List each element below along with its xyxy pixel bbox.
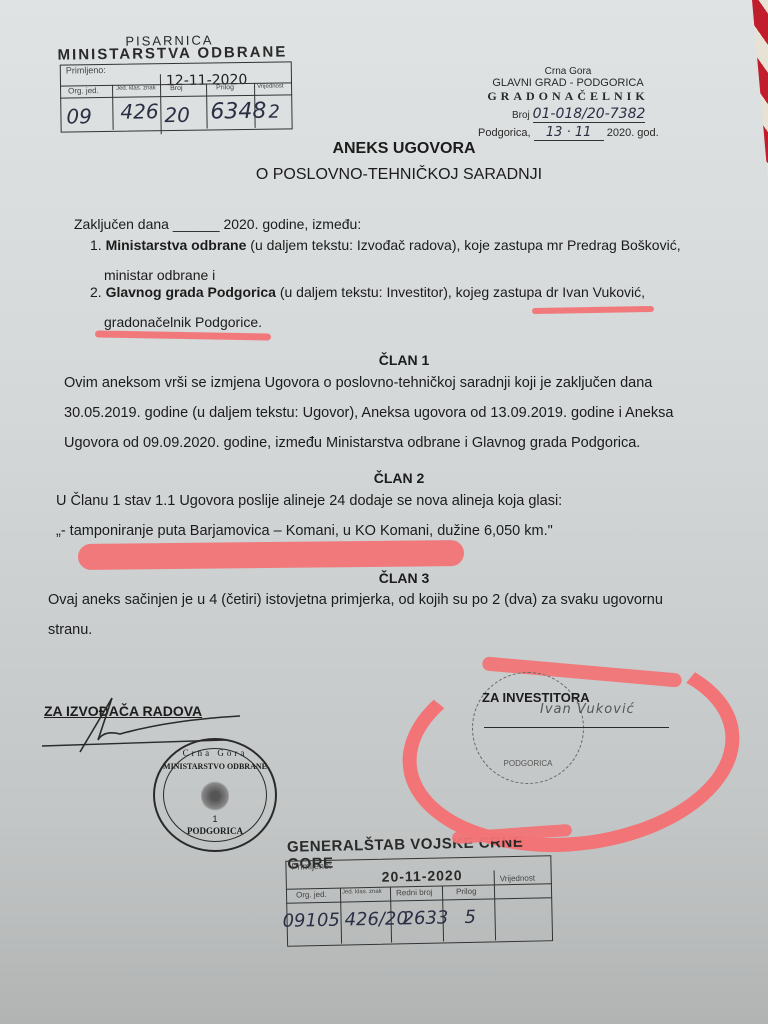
stamp-bottom-received-label: Primljeno: — [291, 861, 331, 872]
city-date: Podgorica, 13 · 11 2020. god. — [478, 125, 659, 141]
article-3-text: Ovaj aneks sačinjen je u 4 (četiri) isto… — [48, 585, 708, 645]
article-2-heading: ČLAN 2 — [0, 470, 768, 486]
stamp-bottom-value-org: 09105 — [282, 910, 340, 932]
registry-stamp-bottom: GENERALŠTAB VOJSKE CRNE GORE Primljeno: … — [281, 833, 555, 949]
city-header: Crna Gora GLAVNI GRAD - PODGORICA GRADON… — [468, 66, 668, 103]
article-1-heading: ČLAN 1 — [0, 352, 768, 368]
coat-of-arms-icon — [201, 780, 229, 812]
stamp-col-broj: Broj — [170, 85, 183, 92]
stamp-received-label: Primljeno: — [66, 65, 106, 76]
stamp-value-org: 09 — [66, 104, 92, 128]
letter-date: 13 · 11 — [534, 125, 604, 141]
city-header-office: GRADONAČELNIK — [468, 89, 668, 103]
investor-signature: Ivan Vuković — [540, 702, 635, 717]
article-1-text: Ovim aneksom vrši se izmjena Ugovora o p… — [64, 368, 704, 458]
stamp-value-vrijednost: 2 — [268, 102, 280, 123]
stamp-bottom-value-redni: 2633 — [402, 907, 448, 929]
stamp-col-prilog: Prilog — [216, 84, 234, 91]
stamp-col-vrijednost: Vrijednost — [257, 83, 284, 89]
document-title: ANEKS UGOVORA — [0, 140, 768, 158]
stamp-value-klas: 426 — [120, 99, 159, 124]
reference-number: 01-018/20-7382 — [533, 106, 646, 123]
stamp-col-klas: Jed. klas. znak — [116, 85, 156, 92]
stamp-value-prilog: 6348 — [210, 99, 266, 125]
stamp-bottom-value-prilog: 5 — [464, 907, 476, 928]
ministry-seal: Crna Gora MINISTARSTVO ODBRANE 1 PODGORI… — [153, 738, 277, 852]
highlight-mark-komani — [78, 540, 464, 570]
stamp-bottom-value-klas: 426/20 — [344, 908, 408, 930]
stamp-col-org: Org. jed. — [68, 86, 99, 95]
stamp-bottom-received-date: 20-11-2020 — [382, 867, 463, 885]
city-header-country: Crna Gora — [468, 66, 668, 77]
city-seal: PODGORICA — [472, 672, 584, 784]
article-3-heading: ČLAN 3 — [0, 570, 768, 586]
registry-stamp-left: PISARNICA MINISTARSTVA ODBRANE Primljeno… — [57, 31, 293, 134]
stamp-title-main: MINISTARSTVA ODBRANE — [57, 43, 287, 63]
article-2-text: U Članu 1 stav 1.1 Ugovora poslije aline… — [56, 486, 696, 546]
city-reference: Broj 01-018/20-7382 — [512, 106, 645, 122]
city-header-city: GLAVNI GRAD - PODGORICA — [468, 77, 668, 89]
document-subtitle: O POSLOVNO-TEHNIČKOJ SARADNJI — [0, 166, 768, 184]
investor-signature-line — [484, 727, 669, 728]
stamp-value-broj: 20 — [164, 103, 190, 127]
